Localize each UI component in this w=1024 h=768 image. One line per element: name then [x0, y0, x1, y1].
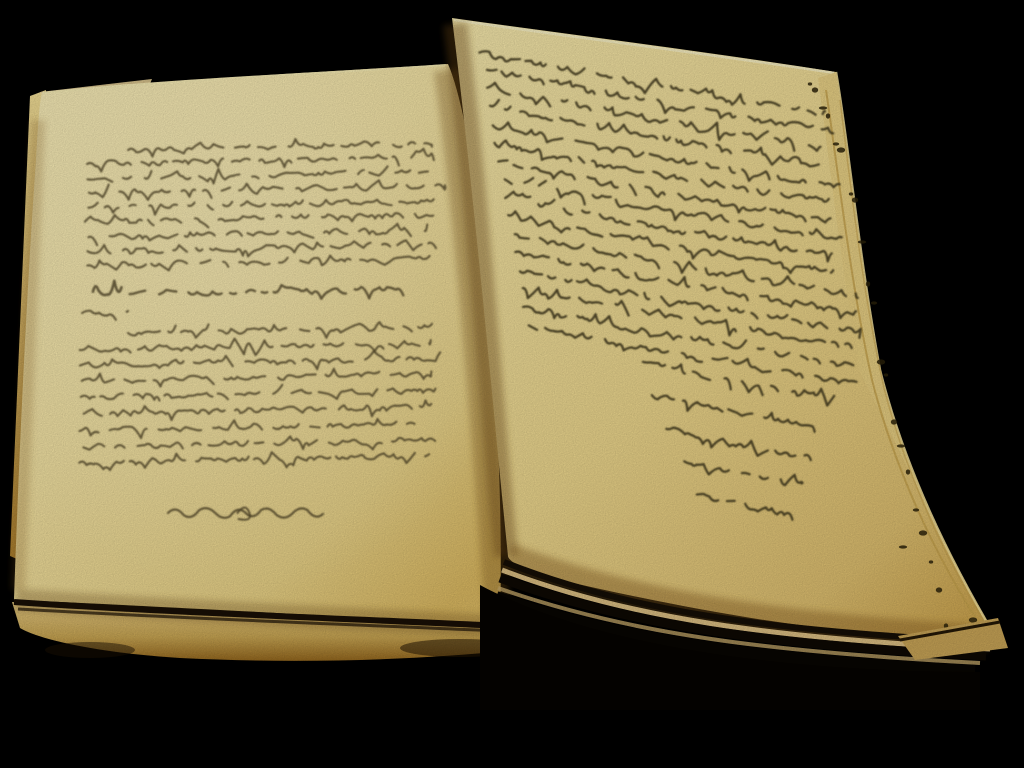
photo-antique-manuscript-book	[0, 0, 1024, 768]
book	[0, 0, 1024, 768]
photo-grain-overlay	[0, 0, 1024, 768]
